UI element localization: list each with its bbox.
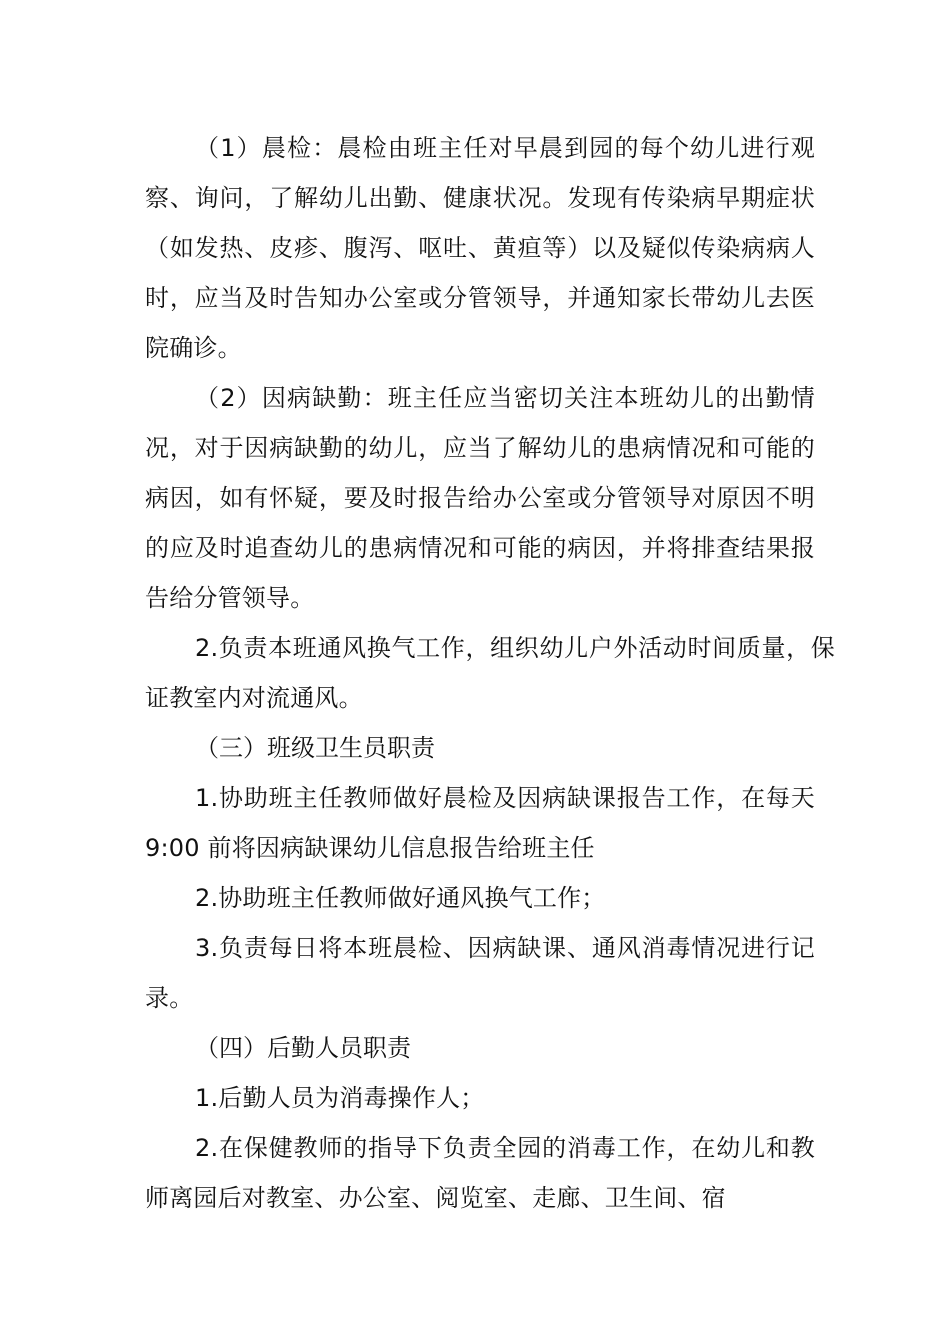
section-heading-logistics-staff: （四）后勤人员职责 (145, 1023, 815, 1073)
paragraph-disinfection-work: 2.在保健教师的指导下负责全园的消毒工作，在幼儿和教师离园后对教室、办公室、阅览… (145, 1123, 815, 1223)
paragraph-daily-record: 3.负责每日将本班晨检、因病缺课、通风消毒情况进行记录。 (145, 923, 815, 1023)
section-heading-class-health-officer: （三）班级卫生员职责 (145, 723, 815, 773)
document-page: （1）晨检：晨检由班主任对早晨到园的每个幼儿进行观察、询问，了解幼儿出勤、健康状… (145, 123, 815, 1223)
paragraph-assist-morning-check: 1.协助班主任教师做好晨检及因病缺课报告工作，在每天 9:00 前将因病缺课幼儿… (145, 773, 815, 873)
paragraph-ventilation: 2.负责本班通风换气工作，组织幼儿户外活动时间质量，保证教室内对流通风。 (145, 623, 835, 723)
paragraph-assist-ventilation: 2.协助班主任教师做好通风换气工作； (145, 873, 815, 923)
paragraph-sick-absence: （2）因病缺勤：班主任应当密切关注本班幼儿的出勤情况，对于因病缺勤的幼儿，应当了… (145, 373, 815, 623)
paragraph-morning-check: （1）晨检：晨检由班主任对早晨到园的每个幼儿进行观察、询问，了解幼儿出勤、健康状… (145, 123, 815, 373)
paragraph-disinfection-operator: 1.后勤人员为消毒操作人； (145, 1073, 815, 1123)
